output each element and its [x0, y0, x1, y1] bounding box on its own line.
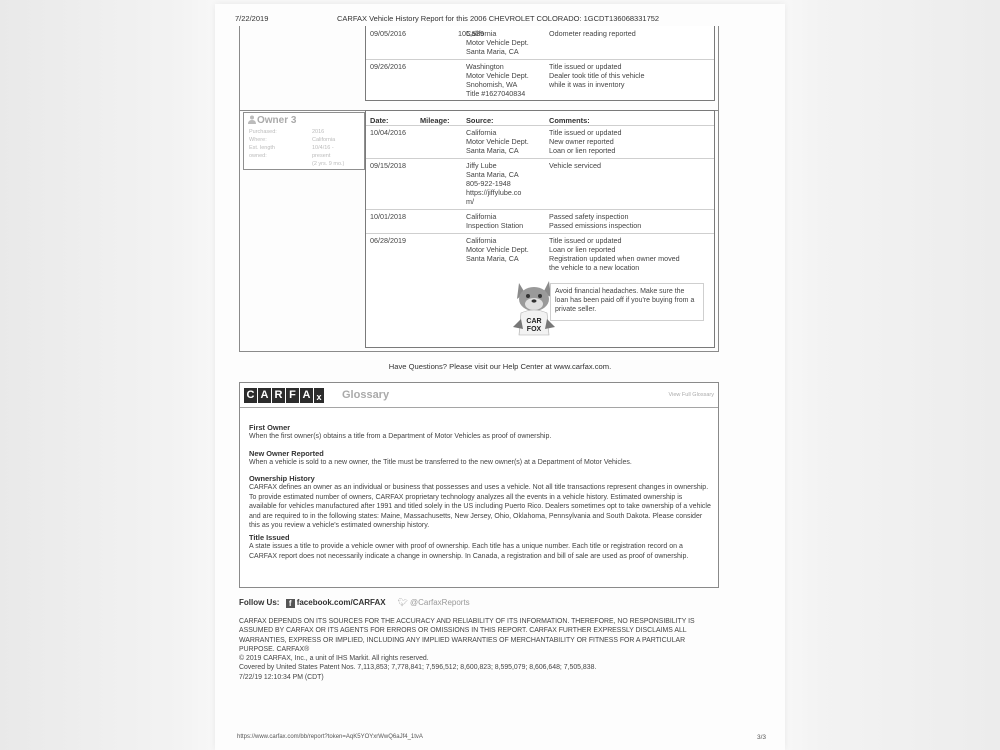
- record-source: CaliforniaMotor Vehicle Dept.Santa Maria…: [466, 29, 529, 56]
- cell-line: Jiffy Lube: [466, 161, 521, 170]
- cell-line: Passed emissions inspection: [549, 221, 641, 230]
- cell-line: New owner reported: [549, 137, 621, 146]
- loan-tip-callout: Avoid financial headaches. Make sure the…: [550, 283, 704, 321]
- cell-line: Loan or lien reported: [549, 146, 621, 155]
- cell-line: Title issued or updated: [549, 128, 621, 137]
- cell-lines: Passed safety inspectionPassed emissions…: [549, 212, 641, 230]
- legal-disclaimer: CARFAX DEPENDS ON ITS SOURCES FOR THE AC…: [239, 617, 709, 682]
- table-row: 10/04/2016CaliforniaMotor Vehicle Dept.S…: [366, 125, 714, 158]
- record-comments: Passed safety inspectionPassed emissions…: [549, 212, 641, 230]
- glossary-definition: CARFAX defines an owner as an individual…: [249, 483, 711, 531]
- twitter-icon[interactable]: 🐦︎: [398, 598, 408, 607]
- svg-text:CAR: CAR: [526, 318, 541, 325]
- column-comments: Comments:: [549, 116, 590, 125]
- owner-3-title: Owner 3: [257, 115, 296, 126]
- footer-url: https://www.carfax.com/bb/report?token=A…: [237, 734, 423, 740]
- legal-line: Covered by United States Patent Nos. 7,1…: [239, 663, 709, 672]
- print-date: 7/22/2019: [235, 14, 268, 23]
- owner-field-value: 10/4/16 -: [312, 145, 334, 151]
- record-source: CaliforniaMotor Vehicle Dept.Santa Maria…: [466, 128, 529, 155]
- person-icon: [248, 115, 256, 124]
- cell-lines: CaliforniaMotor Vehicle Dept.Santa Maria…: [466, 236, 529, 263]
- cell-line: Title #1627040834: [466, 89, 529, 98]
- owner-field-label: Where:: [249, 137, 267, 143]
- cell-line: Motor Vehicle Dept.: [466, 245, 529, 254]
- column-mileage: Mileage:: [420, 116, 450, 125]
- cell-line: California: [466, 236, 529, 245]
- report-title: CARFAX Vehicle History Report for this 2…: [337, 14, 659, 23]
- owner-3-records-table: Date: Mileage: Source: Comments: CAR FOX…: [365, 110, 715, 348]
- cell-lines: WashingtonMotor Vehicle Dept.Snohomish, …: [466, 62, 529, 98]
- table-row: 10/01/2018CaliforniaInspection StationPa…: [366, 209, 714, 233]
- glossary-definition: When a vehicle is sold to a new owner, t…: [249, 458, 711, 468]
- cell-line: Passed safety inspection: [549, 212, 641, 221]
- logo-letter: A: [300, 388, 313, 403]
- record-date: 09/26/2016: [370, 62, 406, 71]
- glossary-definition: When the first owner(s) obtains a title …: [249, 432, 711, 442]
- logo-letter: C: [244, 388, 257, 403]
- help-center-text: Have Questions? Please visit our Help Ce…: [215, 362, 785, 371]
- cell-line: Inspection Station: [466, 221, 523, 230]
- twitter-link[interactable]: @CarfaxReports: [410, 598, 470, 607]
- table-row: 09/15/2018Jiffy LubeSanta Maria, CA805-9…: [366, 158, 714, 209]
- page-number: 3/3: [757, 734, 766, 741]
- cell-line: m/: [466, 197, 521, 206]
- owner-field-value: California: [312, 137, 335, 143]
- glossary-panel: CARFAx Glossary View Full Glossary First…: [239, 382, 719, 588]
- owner-3-heading: Owner 3: [248, 115, 296, 126]
- cell-line: California: [466, 212, 523, 221]
- cell-lines: Title issued or updatedLoan or lien repo…: [549, 236, 680, 272]
- cell-lines: Jiffy LubeSanta Maria, CA805-922-1948htt…: [466, 161, 521, 206]
- facebook-link[interactable]: facebook.com/CARFAX: [297, 598, 386, 607]
- record-date: 09/05/2016: [370, 29, 406, 38]
- logo-letter: R: [272, 388, 285, 403]
- owner-field-label: Purchased:: [249, 129, 277, 135]
- view-full-glossary-link[interactable]: View Full Glossary: [669, 392, 714, 398]
- record-date: 10/01/2018: [370, 212, 406, 221]
- column-source: Source:: [466, 116, 494, 125]
- table-row: 09/26/2016WashingtonMotor Vehicle Dept.S…: [366, 59, 714, 101]
- cell-line: California: [466, 128, 529, 137]
- follow-us-label: Follow Us:: [239, 598, 279, 607]
- table-row: 06/28/2019CaliforniaMotor Vehicle Dept.S…: [366, 233, 714, 275]
- table-row: 09/05/2016105,539CaliforniaMotor Vehicle…: [366, 26, 714, 59]
- owner-field-label: owned:: [249, 153, 267, 159]
- logo-letter: x: [314, 388, 324, 403]
- record-date: 06/28/2019: [370, 236, 406, 245]
- owner-field-label: Est. length: [249, 145, 275, 151]
- record-source: CaliforniaMotor Vehicle Dept.Santa Maria…: [466, 236, 529, 263]
- record-source: WashingtonMotor Vehicle Dept.Snohomish, …: [466, 62, 529, 98]
- owner-field-value: 2016: [312, 129, 324, 135]
- cell-line: Santa Maria, CA: [466, 47, 529, 56]
- svg-text:FOX: FOX: [527, 326, 542, 333]
- cell-line: Santa Maria, CA: [466, 170, 521, 179]
- logo-letter: A: [258, 388, 271, 403]
- legal-line: © 2019 CARFAX, Inc., a unit of IHS Marki…: [239, 654, 709, 663]
- cell-line: Motor Vehicle Dept.: [466, 71, 529, 80]
- cell-lines: Title issued or updatedNew owner reporte…: [549, 128, 621, 155]
- record-comments: Title issued or updatedDealer took title…: [549, 62, 644, 89]
- glossary-definition: A state issues a title to provide a vehi…: [249, 542, 711, 561]
- cell-lines: CaliforniaMotor Vehicle Dept.Santa Maria…: [466, 128, 529, 155]
- carfax-logo: CARFAx: [244, 388, 324, 404]
- cell-line: https://jiffylube.co: [466, 188, 521, 197]
- cell-line: Title issued or updated: [549, 62, 644, 71]
- cell-lines: Vehicle serviced: [549, 161, 601, 170]
- legal-line: CARFAX DEPENDS ON ITS SOURCES FOR THE AC…: [239, 617, 709, 654]
- cell-line: Odometer reading reported: [549, 29, 636, 38]
- owner-3-summary: Owner 3 Purchased:2016Where:CaliforniaEs…: [243, 112, 365, 170]
- cell-line: Santa Maria, CA: [466, 146, 529, 155]
- cell-line: 805-922-1948: [466, 179, 521, 188]
- previous-owner-records-table: 09/05/2016105,539CaliforniaMotor Vehicle…: [365, 26, 715, 101]
- logo-letter: F: [286, 388, 299, 403]
- cell-line: Registration updated when owner moved: [549, 254, 680, 263]
- cell-line: California: [466, 29, 529, 38]
- glossary-header: CARFAx Glossary View Full Glossary: [240, 383, 718, 408]
- record-comments: Odometer reading reported: [549, 29, 636, 38]
- record-source: Jiffy LubeSanta Maria, CA805-922-1948htt…: [466, 161, 521, 206]
- record-date: 09/15/2018: [370, 161, 406, 170]
- cell-lines: CaliforniaMotor Vehicle Dept.Santa Maria…: [466, 29, 529, 56]
- cell-line: Title issued or updated: [549, 236, 680, 245]
- cell-line: Snohomish, WA: [466, 80, 529, 89]
- legal-line: 7/22/19 12:10:34 PM (CDT): [239, 673, 709, 682]
- glossary-term: First Owner: [249, 423, 290, 432]
- cell-lines: CaliforniaInspection Station: [466, 212, 523, 230]
- owner-field-value: (2 yrs. 9 mo.): [312, 161, 344, 167]
- report-page: 7/22/2019 CARFAX Vehicle History Report …: [215, 4, 785, 750]
- cell-line: Motor Vehicle Dept.: [466, 38, 529, 47]
- cell-line: Vehicle serviced: [549, 161, 601, 170]
- glossary-term: Title Issued: [249, 533, 290, 542]
- cell-line: Dealer took title of this vehicle: [549, 71, 644, 80]
- glossary-term: Ownership History: [249, 474, 315, 483]
- cell-line: Motor Vehicle Dept.: [466, 137, 529, 146]
- record-date: 10/04/2016: [370, 128, 406, 137]
- record-source: CaliforniaInspection Station: [466, 212, 523, 230]
- column-date: Date:: [370, 116, 388, 125]
- cell-line: the vehicle to a new location: [549, 263, 680, 272]
- glossary-term: New Owner Reported: [249, 449, 324, 458]
- cell-line: while it was in inventory: [549, 80, 644, 89]
- cell-line: Santa Maria, CA: [466, 254, 529, 263]
- record-comments: Vehicle serviced: [549, 161, 601, 170]
- glossary-title: Glossary: [342, 389, 389, 401]
- record-comments: Title issued or updatedLoan or lien repo…: [549, 236, 680, 272]
- owner-field-value: present: [312, 153, 330, 159]
- cell-line: Washington: [466, 62, 529, 71]
- follow-us-bar: Follow Us: ffacebook.com/CARFAX 🐦︎@Carfa…: [239, 598, 470, 608]
- record-comments: Title issued or updatedNew owner reporte…: [549, 128, 621, 155]
- cell-lines: Title issued or updatedDealer took title…: [549, 62, 644, 89]
- facebook-icon[interactable]: f: [286, 599, 295, 608]
- cell-line: Loan or lien reported: [549, 245, 680, 254]
- cell-lines: Odometer reading reported: [549, 29, 636, 38]
